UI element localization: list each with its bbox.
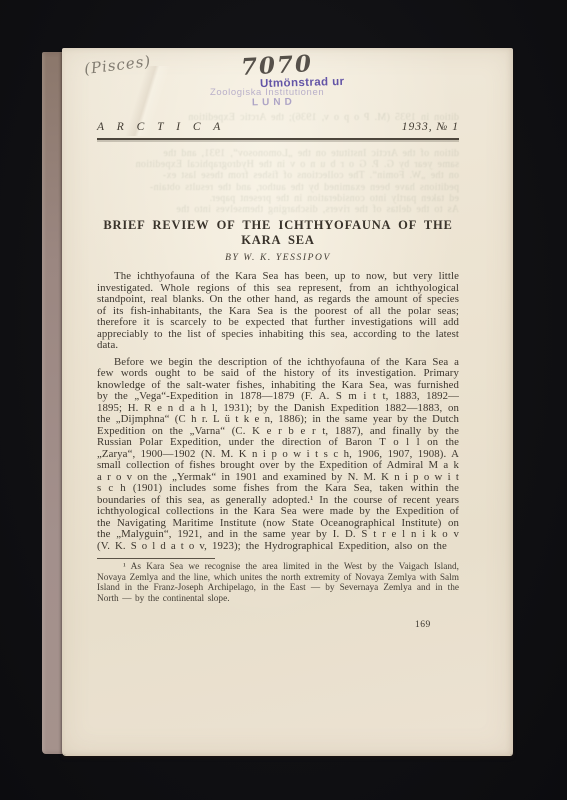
paragraph-1: The ichthyofauna of the Kara Sea has bee… bbox=[97, 271, 459, 352]
footnote-rule bbox=[97, 558, 215, 559]
paper-stack: (Pisces) 7070 Utmönstrad ur Zoologiska I… bbox=[40, 48, 513, 757]
journal-header: A R C T I C A 1933, № 1 bbox=[97, 48, 459, 133]
article-title: BRIEF REVIEW OF THE ICHTHYOFAUNA OF THE … bbox=[97, 218, 459, 248]
printed-content: A R C T I C A 1933, № 1 BRIEF REVIEW OF … bbox=[97, 48, 459, 604]
page-number: 169 bbox=[415, 620, 431, 630]
article-byline: BY W. K. YESSIPOV bbox=[97, 253, 459, 263]
document-page: (Pisces) 7070 Utmönstrad ur Zoologiska I… bbox=[62, 48, 513, 755]
photo-background: (Pisces) 7070 Utmönstrad ur Zoologiska I… bbox=[0, 0, 567, 800]
journal-name: A R C T I C A bbox=[97, 121, 225, 133]
header-rule bbox=[97, 138, 459, 140]
issue-number: 1933, № 1 bbox=[402, 121, 459, 133]
footnote-text: ¹ As Kara Sea we recognise the area limi… bbox=[97, 562, 459, 604]
paragraph-2: Before we begin the description of the i… bbox=[97, 357, 459, 553]
